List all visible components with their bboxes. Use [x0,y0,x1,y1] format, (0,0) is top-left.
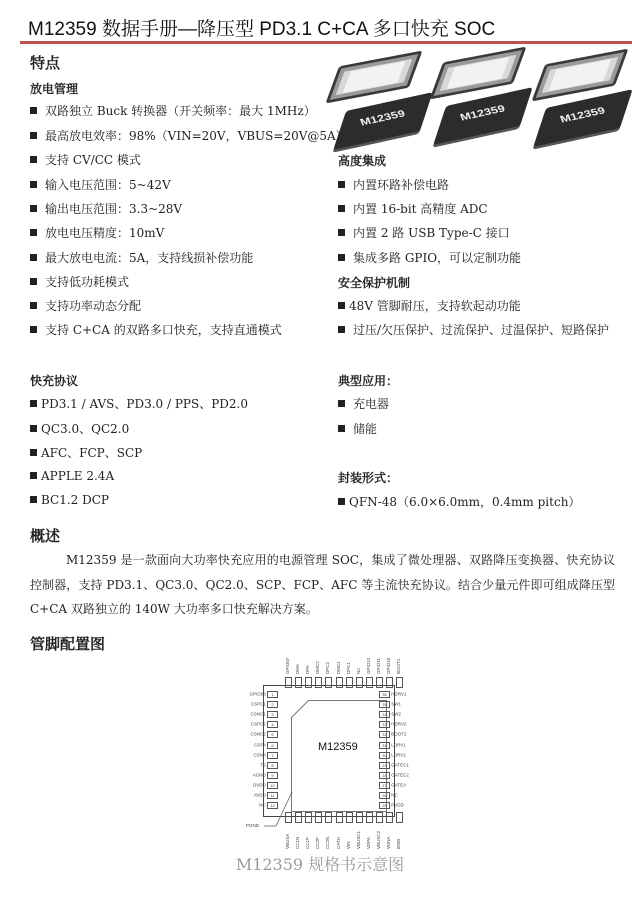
pin-right: 31 LDRV1 [379,742,406,749]
pin-right: 27 GATEA [379,782,406,789]
pin-bottom: VDPA [366,825,371,849]
pin-top-box [376,677,383,688]
bullet-icon [338,400,345,407]
bullet-icon [30,302,37,309]
title-rule [20,41,632,44]
pin-right: 26 NC [379,792,398,799]
bullet-icon [338,425,345,432]
list-item: 支持功率动态分配 [30,297,141,314]
bullet-icon [30,229,37,236]
pin-right: 32 BOOT2 [379,731,407,738]
pin-bottom: VBUSC1 [356,825,361,849]
pin-left: CSNA 7 [253,752,278,759]
pin-left: CSPC1 2 [251,701,278,708]
list-item: 最高放电效率：98%（VIN=20V，VBUS=20V@5A） [30,127,348,144]
applications-heading: 典型应用： [338,372,398,389]
pin-top: DMA [295,650,300,674]
pin-bottom: CC2N [325,825,330,849]
pin-top: NC [356,650,361,674]
pin-bottom-box [305,812,312,823]
list-item: BC1.2 DCP [30,493,109,507]
pin-bottom: VIN [346,825,351,849]
pin-right: 30 LDRV2 [379,752,406,759]
bullet-icon [30,400,37,407]
pin-bottom-box [396,812,403,823]
figure-caption: M12359 规格书示意图 [0,852,640,875]
bullet-icon [30,254,37,261]
bullet-icon [30,326,37,333]
bullet-icon [30,425,37,432]
pinout-heading: 管脚配置图 [30,633,105,654]
pin-left: CSNC2 5 [250,731,278,738]
list-item: PD3.1 / AVS、PD3.0 / PPS、PD2.0 [30,395,248,412]
pin-left: DVDD 10 [253,782,278,789]
pin-bottom-box [386,812,393,823]
pin-right: 29 GATEC1 [379,762,409,769]
pin-bottom: CC1N [295,825,300,849]
pin-top: DMC2 [315,650,320,674]
list-item: 内置 2 路 USB Type-C 接口 [338,224,510,241]
chip-name: M12359 [318,741,358,753]
pin-top: GPIO07 [285,650,290,674]
pin-bottom: CATH [336,825,341,849]
discharge-heading: 放电管理 [30,80,78,97]
pin-bottom-box [356,812,363,823]
pin-top: DMC1 [336,650,341,674]
list-item: 支持 CV/CC 模式 [30,151,141,168]
list-item: APPLE 2.4A [30,469,114,483]
pin-bottom: VBUSA [285,825,290,849]
pin-top: DPC1 [346,650,351,674]
overview-heading: 概述 [30,525,60,546]
pin-right: 34 SW2 [379,711,401,718]
pin-top-box [315,677,322,688]
list-item: 集成多路 GPIO，可以定制功能 [338,249,521,266]
list-item: 双路独立 Buck 转换器（开关频率：最大 1MHz） [30,102,316,119]
pin-bottom: CC1P [305,825,310,849]
bullet-icon [338,181,345,188]
pin-left: AVDD 11 [254,792,278,799]
features-heading: 特点 [30,52,60,73]
pin-top: GPIO11 [376,650,381,674]
bullet-icon [30,205,37,212]
package-heading: 封装形式： [338,469,398,486]
pin1-chamfer [291,700,309,718]
pin-top: GPIO10 [386,650,391,674]
pin-left: NC 12 [259,802,278,809]
bullet-icon [30,472,37,479]
pin-top-box [305,677,312,688]
pin-bottom-box [376,812,383,823]
chip-package-1: M12359 [333,92,432,150]
list-item: 内置 16-bit 高精度 ADC [338,200,488,217]
pin-left: GPIO08 1 [249,691,278,698]
pin-left: CSPA 6 [254,742,278,749]
pin-right: 36 HDRV1 [379,691,406,698]
list-item: 48V 管脚耐压，支持软起动功能 [338,297,521,314]
bullet-icon [338,229,345,236]
pin-bottom-box [315,812,322,823]
list-item: 输出电压范围：3.3~28V [30,200,182,217]
list-item: QC3.0、QC2.0 [30,420,129,437]
bullet-icon [338,302,345,309]
list-item: 内置环路补偿电路 [338,176,449,193]
chip-photo: M12359 M12359 M12359 [322,46,638,152]
list-item: 过压/欠压保护、过流保护、过温保护、短路保护 [338,321,609,338]
integration-heading: 高度集成 [338,152,386,169]
bullet-icon [30,496,37,503]
bullet-icon [30,278,37,285]
pin-bottom-box [336,812,343,823]
pin-top: GPIO12 [366,650,371,674]
bullet-icon [30,449,37,456]
list-item: 支持低功耗模式 [30,273,129,290]
pin-top-box [285,677,292,688]
pin-top: BOOT1 [396,650,401,674]
list-item: 充电器 [338,395,389,412]
bullet-icon [30,107,37,114]
chip-top-view-1 [325,51,422,104]
pin-bottom: VBUSC2 [376,825,381,849]
overview-paragraph: M12359 是一款面向大功率快充应用的电源管理 SOC，集成了微处理器、双路降… [30,548,615,622]
list-item: 储能 [338,420,377,437]
pin-left: CSPC2 4 [251,721,278,728]
pin-left: AGND 9 [253,772,278,779]
pin-right: 25 PVDD [379,802,404,809]
pin-top-box [386,677,393,688]
pin-left: CSNC1 3 [250,711,278,718]
pin-top-box [346,677,353,688]
list-item: 支持 C+CA 的双路多口快充，支持直通模式 [30,321,282,338]
bullet-icon [30,132,37,139]
list-item: 输入电压范围：5~42V [30,176,171,193]
pin-top: DPA [305,650,310,674]
list-item: AFC、FCP、SCP [30,444,142,461]
pin-bottom-box [295,812,302,823]
bullet-icon [338,205,345,212]
pin-top: DPC2 [325,650,330,674]
pin-top-box [366,677,373,688]
bullet-icon [338,326,345,333]
pin-right: 33 HDRV2 [379,721,406,728]
protocols-heading: 快充协议 [30,372,78,389]
pin-top-box [325,677,332,688]
pgnd-label: PGND [246,823,259,828]
pin-right: 35 SW1 [379,701,401,708]
pin-bottom: CC2P [315,825,320,849]
bullet-icon [338,498,345,505]
list-item: 放电电压精度：10mV [30,224,164,241]
list-item: QFN-48（6.0×6.0mm，0.4mm pitch） [338,493,580,510]
pin-bottom: VDNA [386,825,391,849]
bullet-icon [30,156,37,163]
pin-right: 28 GATEC2 [379,772,409,779]
protection-heading: 安全保护机制 [338,274,410,291]
pin-top-box [356,677,363,688]
pin-bottom: BSW [396,825,401,849]
pin-top-box [336,677,343,688]
pin-bottom-box [366,812,373,823]
doc-title: M12359 数据手册—降压型 PD3.1 C+CA 多口快充 SOC [28,14,495,41]
pin-bottom-box [346,812,353,823]
bullet-icon [338,254,345,261]
pin-top-box [396,677,403,688]
pin-top-box [295,677,302,688]
pin-bottom-box [285,812,292,823]
pin-bottom-box [325,812,332,823]
list-item: 最大放电电流：5A，支持线损补偿功能 [30,249,253,266]
pin-left: TS 8 [260,762,278,769]
bullet-icon [30,181,37,188]
